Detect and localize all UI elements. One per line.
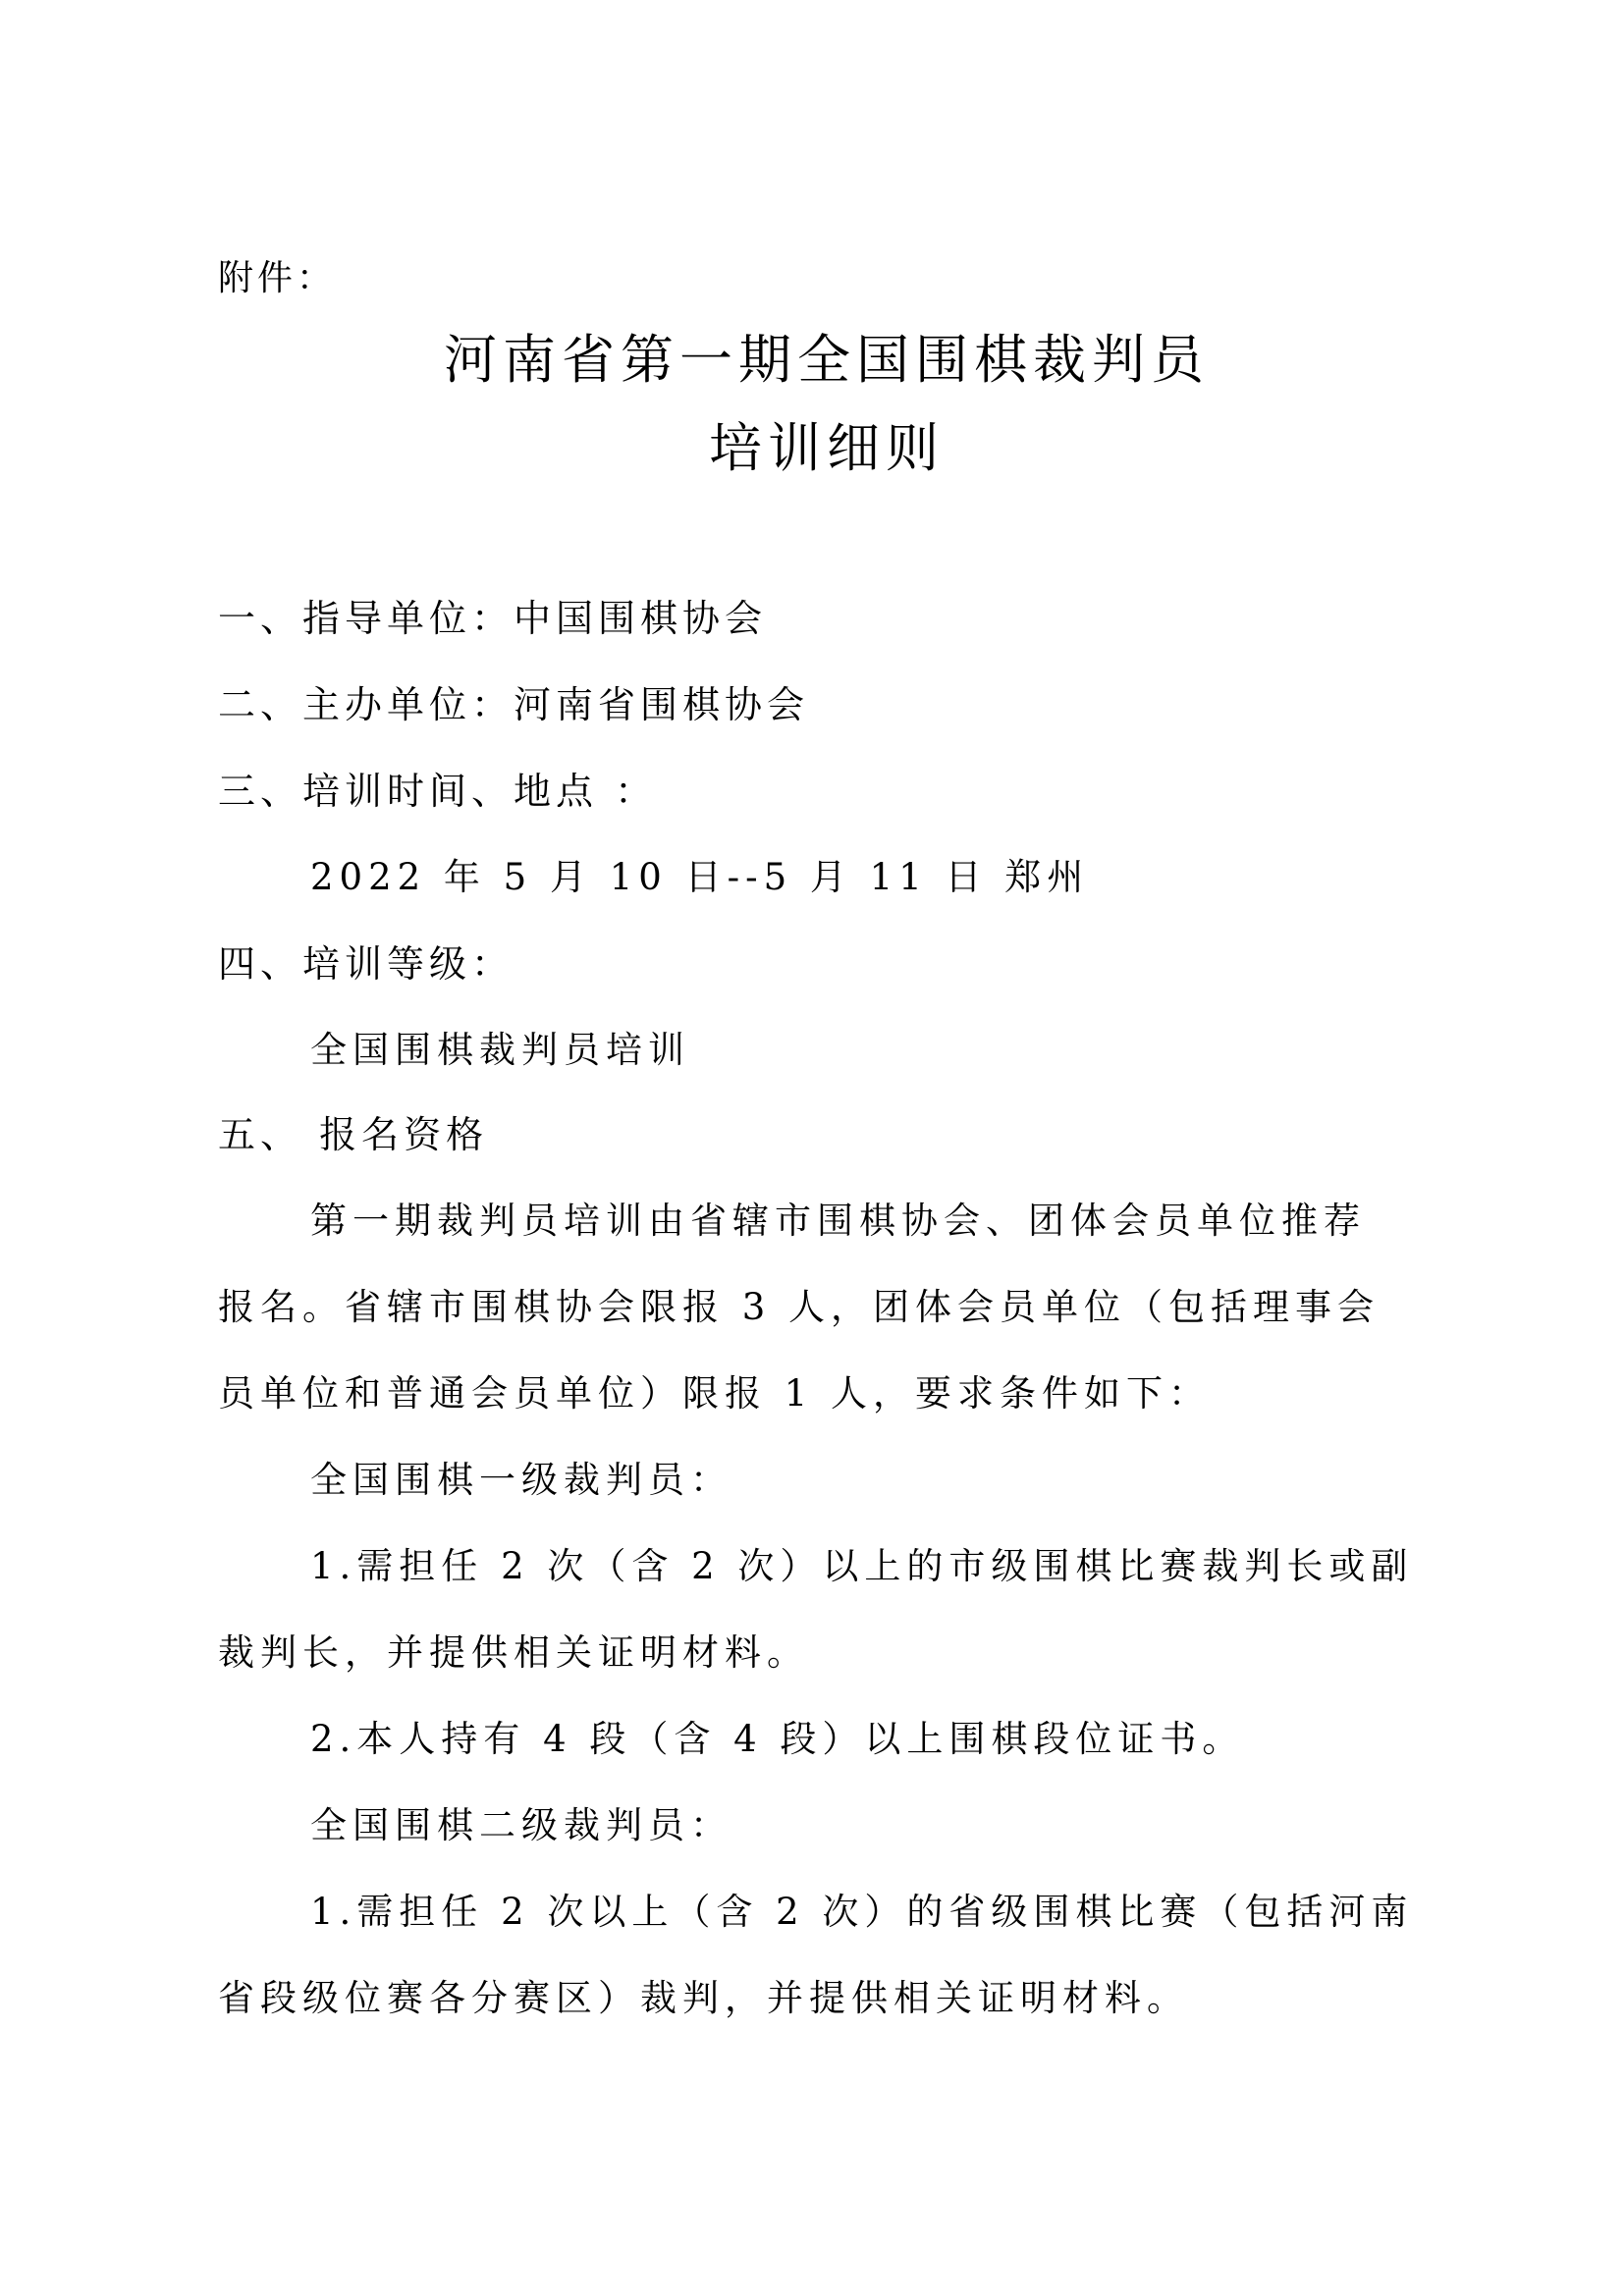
level-1-requirement-1-line-2: 裁判长，并提供相关证明材料。: [218, 1631, 809, 1675]
document-title-line-1: 河南省第一期全国围棋裁判员: [0, 329, 1624, 392]
document-page: 附件： 河南省第一期全国围棋裁判员 培训细则 一、指导单位：中国围棋协会 二、主…: [0, 0, 1624, 2296]
level-2-requirement-1-line-1: 1.需担任 2 次以上（含 2 次）的省级围棋比赛（包括河南: [310, 1891, 1413, 1934]
section-heading-time-location: 三、培训时间、地点 ：: [218, 770, 657, 813]
training-level-text: 全国围棋裁判员培训: [310, 1029, 690, 1072]
section-heading-host-unit: 二、主办单位：河南省围棋协会: [218, 683, 809, 726]
level-1-requirement-2: 2.本人持有 4 段（含 4 段）以上围棋段位证书。: [310, 1718, 1244, 1761]
level-1-requirement-1-line-1: 1.需担任 2 次（含 2 次）以上的市级围棋比赛裁判长或副: [310, 1545, 1413, 1588]
attachment-label: 附件：: [218, 257, 336, 300]
section-heading-eligibility: 五、 报名资格: [218, 1113, 488, 1156]
eligibility-paragraph-line-1: 第一期裁判员培训由省辖市围棋协会、团体会员单位推荐: [310, 1200, 1366, 1243]
eligibility-paragraph-line-2: 报名。省辖市围棋协会限报 3 人，团体会员单位（包括理事会: [218, 1286, 1380, 1329]
section-heading-guiding-unit: 一、指导单位：中国围棋协会: [218, 597, 767, 640]
document-title-line-2: 培训细则: [0, 417, 1624, 480]
eligibility-paragraph-line-3: 员单位和普通会员单位）限报 1 人，要求条件如下：: [218, 1372, 1211, 1415]
section-heading-training-level: 四、培训等级：: [218, 942, 514, 986]
level-2-requirement-1-line-2: 省段级位赛各分赛区）裁判，并提供相关证明材料。: [218, 1977, 1189, 2020]
level-1-referee-heading: 全国围棋一级裁判员：: [310, 1459, 732, 1502]
level-2-referee-heading: 全国围棋二级裁判员：: [310, 1804, 732, 1847]
time-location-text: 2022 年 5 月 10 日--5 月 11 日 郑州: [310, 856, 1089, 899]
